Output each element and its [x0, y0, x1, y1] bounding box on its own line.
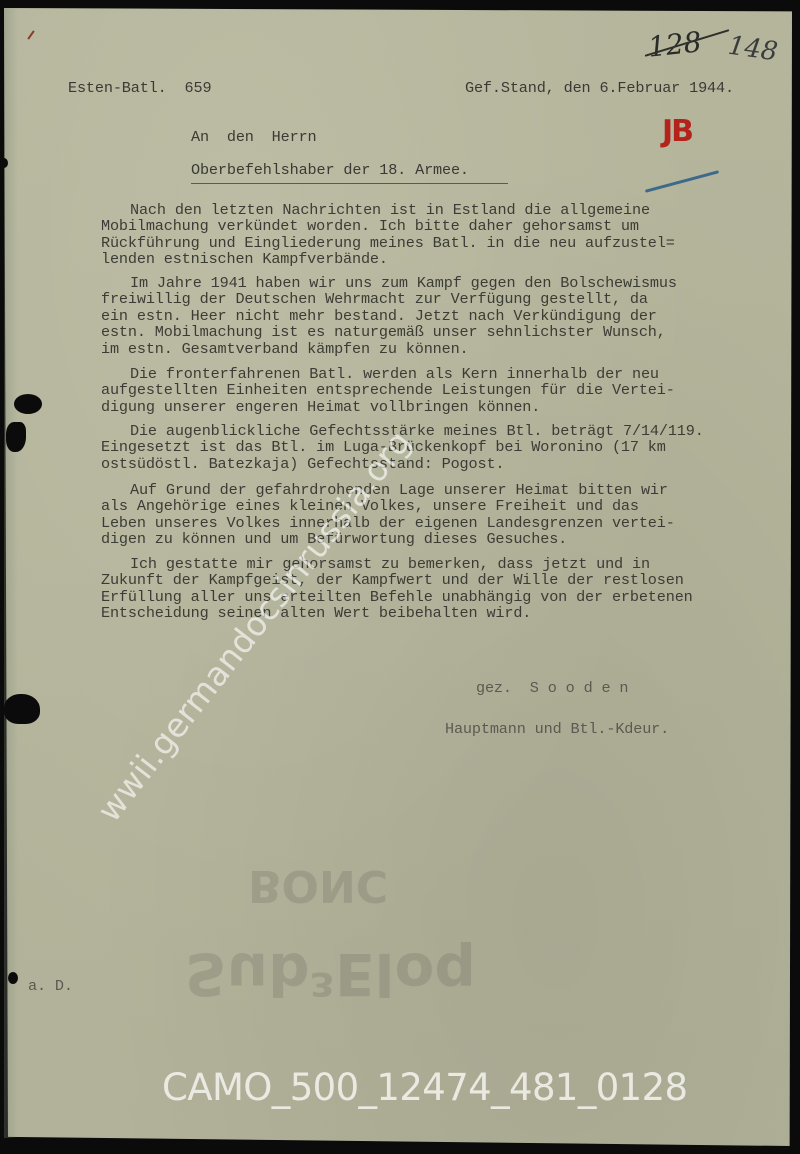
text-line: ostsüdöstl. Batezkaja) Gefechtsstand: Po…	[101, 456, 791, 472]
addressee-title: Oberbefehlshaber der 18. Armee.	[191, 162, 469, 179]
text-line: ein estn. Heer nicht mehr bestand. Jetzt…	[101, 308, 791, 324]
text-line: Die fronterfahrenen Batl. werden als Ker…	[101, 366, 791, 382]
addressee-salutation: An den Herrn	[191, 129, 317, 146]
text-line: Mobilmachung verkündet worden. Ich bitte…	[101, 218, 791, 234]
text-line: Nach den letzten Nachrichten ist in Estl…	[101, 202, 791, 218]
text-line: Ich gestatte mir gehorsamst zu bemerken,…	[101, 556, 791, 572]
paragraph-6: Ich gestatte mir gehorsamst zu bemerken,…	[101, 556, 791, 622]
text-line: estn. Mobilmachung ist es naturgemäß uns…	[101, 324, 791, 340]
text-line: Auf Grund der gefahrdrohenden Lage unser…	[101, 482, 791, 498]
paragraph-3: Die fronterfahrenen Batl. werden als Ker…	[101, 366, 791, 415]
text-line: Die augenblickliche Gefechtsstärke meine…	[101, 423, 791, 439]
bleed-through-text: BONC	[248, 860, 388, 911]
red-initials: JB	[662, 114, 692, 149]
punch-hole-bottom	[8, 972, 18, 984]
paragraph-2: Im Jahre 1941 haben wir uns zum Kampf ge…	[101, 275, 791, 357]
text-line: Rückführung und Eingliederung meines Bat…	[101, 235, 791, 251]
text-line: digung unserer engeren Heimat vollbringe…	[101, 399, 791, 415]
signature-title: Hauptmann und Btl.-Kdeur.	[445, 721, 669, 738]
punch-hole-mid-2	[6, 422, 26, 452]
text-line: Im Jahre 1941 haben wir uns zum Kampf ge…	[101, 275, 791, 291]
text-line: Eingesetzt ist das Btl. im Luga-Brückenk…	[101, 439, 791, 455]
paragraph-4: Die augenblickliche Gefechtsstärke meine…	[101, 423, 791, 472]
text-line: freiwillig der Deutschen Wehrmacht zur V…	[101, 291, 791, 307]
text-line: lenden estnischen Kampfverbände.	[101, 251, 791, 267]
text-line: Leben unseres Volkes innerhalb der eigen…	[101, 515, 791, 531]
text-line: Zukunft der Kampfgeist, der Kampfwert un…	[101, 572, 791, 588]
punch-hole-mid	[14, 394, 42, 414]
text-line: im estn. Gesamtverband kämpfen zu können…	[101, 341, 791, 357]
paragraph-1: Nach den letzten Nachrichten ist in Estl…	[101, 202, 791, 268]
page-edge-shadow	[4, 8, 18, 1138]
bleed-through-text: Sub³Eloq	[185, 940, 476, 1008]
text-line: aufgestellten Einheiten entsprechende Le…	[101, 382, 791, 398]
paragraph-5: Auf Grund der gefahrdrohenden Lage unser…	[101, 482, 791, 548]
footer-note: a. D.	[28, 978, 73, 995]
addressee-underline	[191, 183, 508, 184]
signature-name: gez. S o o d e n	[476, 680, 628, 697]
unit-designation: Esten-Batl. 659	[68, 80, 211, 97]
punch-hole-top	[0, 158, 8, 168]
place-and-date: Gef.Stand, den 6.Februar 1944.	[465, 80, 734, 97]
punch-hole-lower	[4, 694, 40, 724]
archive-id: CAMO_500_12474_481_0128	[162, 1066, 688, 1109]
text-line: digen zu können und um Befürwortung dies…	[101, 531, 791, 547]
text-line: Entscheidung seinen alten Wert beibehalt…	[101, 605, 791, 621]
text-line: Erfüllung aller uns erteilten Befehle un…	[101, 589, 791, 605]
text-line: als Angehörige eines kleinen Volkes, uns…	[101, 498, 791, 514]
